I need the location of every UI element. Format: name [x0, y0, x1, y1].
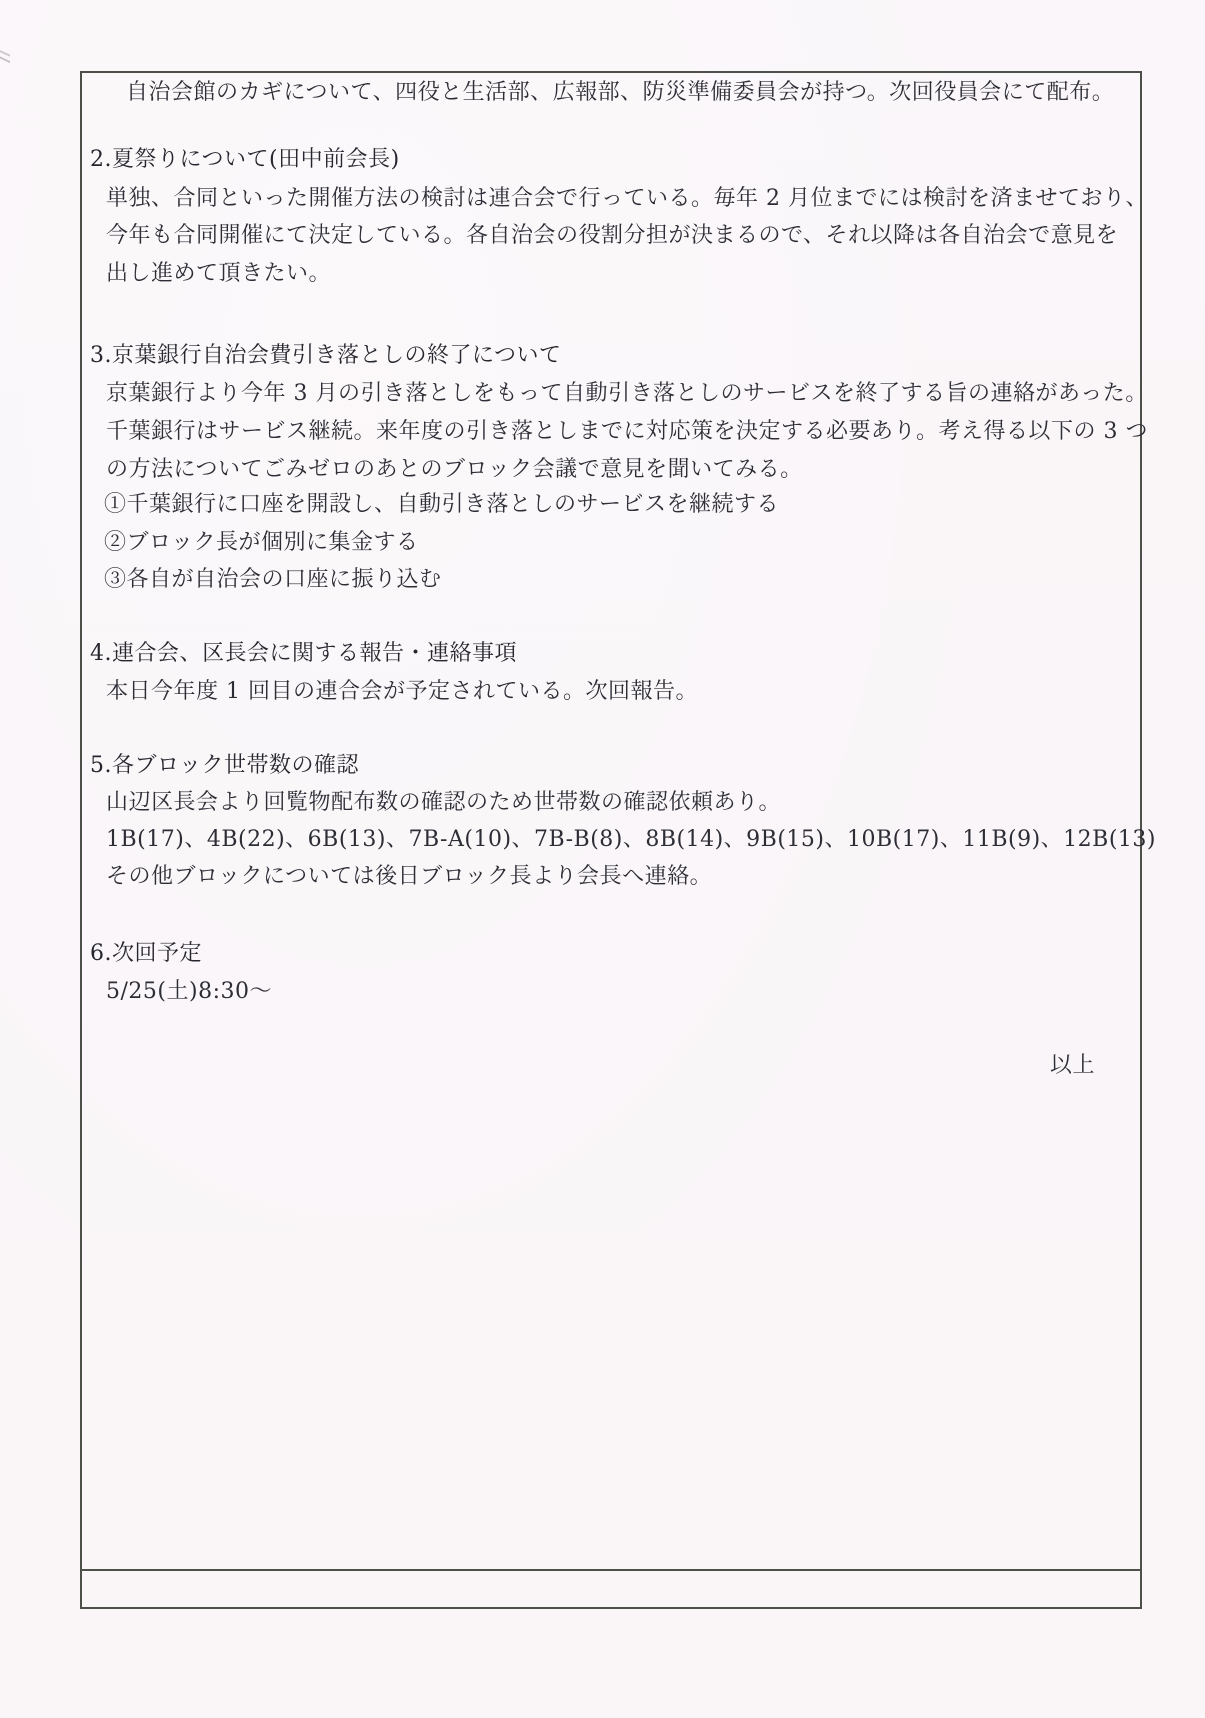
section-4-heading: 4.連合会、区長会に関する報告・連絡事項 [90, 641, 517, 667]
footer-divider-line [80, 1569, 1142, 1571]
scanned-page: 自治会館のカギについて、四役と生活部、広報部、防災準備委員会が持つ。次回役員会に… [0, 0, 1205, 1718]
section-3-line-3: の方法についてごみゼロのあとのブロック会議で意見を聞いてみる。 [106, 457, 803, 483]
section-2-line-1: 単独、合同といった開催方法の検討は連合会で行っている。毎年 2 月位までには検討… [106, 186, 1148, 212]
section-5-line-3: その他ブロックについては後日ブロック長より会長へ連絡。 [106, 864, 712, 890]
section-6-heading: 6.次回予定 [90, 941, 202, 967]
section-2-line-3: 出し進めて頂きたい。 [106, 261, 331, 287]
section-4-line-1: 本日今年度 1 回目の連合会が予定されている。次回報告。 [106, 679, 698, 705]
section-6-line-1: 5/25(土)8:30～ [106, 979, 272, 1005]
section-5-line-1: 山辺区長会より回覧物配布数の確認のため世帯数の確認依頼あり。 [106, 790, 781, 816]
closing-statement: 以上 [1050, 1053, 1095, 1079]
section-3-line-2: 千葉銀行はサービス継続。来年度の引き落としまでに対応策を決定する必要あり。考え得… [106, 419, 1148, 445]
section-3-line-1: 京葉銀行より今年 3 月の引き落としをもって自動引き落としのサービスを終了する旨… [106, 381, 1148, 407]
section-2-line-2: 今年も合同開催にて決定している。各自治会の役割分担が決まるので、それ以降は各自治… [106, 223, 1118, 249]
scan-artifact [0, 50, 10, 68]
section-3-option-2: ②ブロック長が個別に集金する [104, 530, 419, 556]
section-3-option-3: ③各自が自治会の口座に振り込む [104, 567, 442, 593]
section-2-heading: 2.夏祭りについて(田中前会長) [90, 147, 400, 173]
section-5-heading: 5.各ブロック世帯数の確認 [90, 753, 359, 779]
section-3-option-1: ①千葉銀行に口座を開設し、自動引き落としのサービスを継続する [104, 492, 779, 518]
intro-line: 自治会館のカギについて、四役と生活部、広報部、防災準備委員会が持つ。次回役員会に… [126, 80, 1114, 106]
section-5-line-2: 1B(17)、4B(22)、6B(13)、7B-A(10)、7B-B(8)、8B… [106, 827, 1156, 853]
section-3-heading: 3.京葉銀行自治会費引き落としの終了について [90, 343, 562, 369]
